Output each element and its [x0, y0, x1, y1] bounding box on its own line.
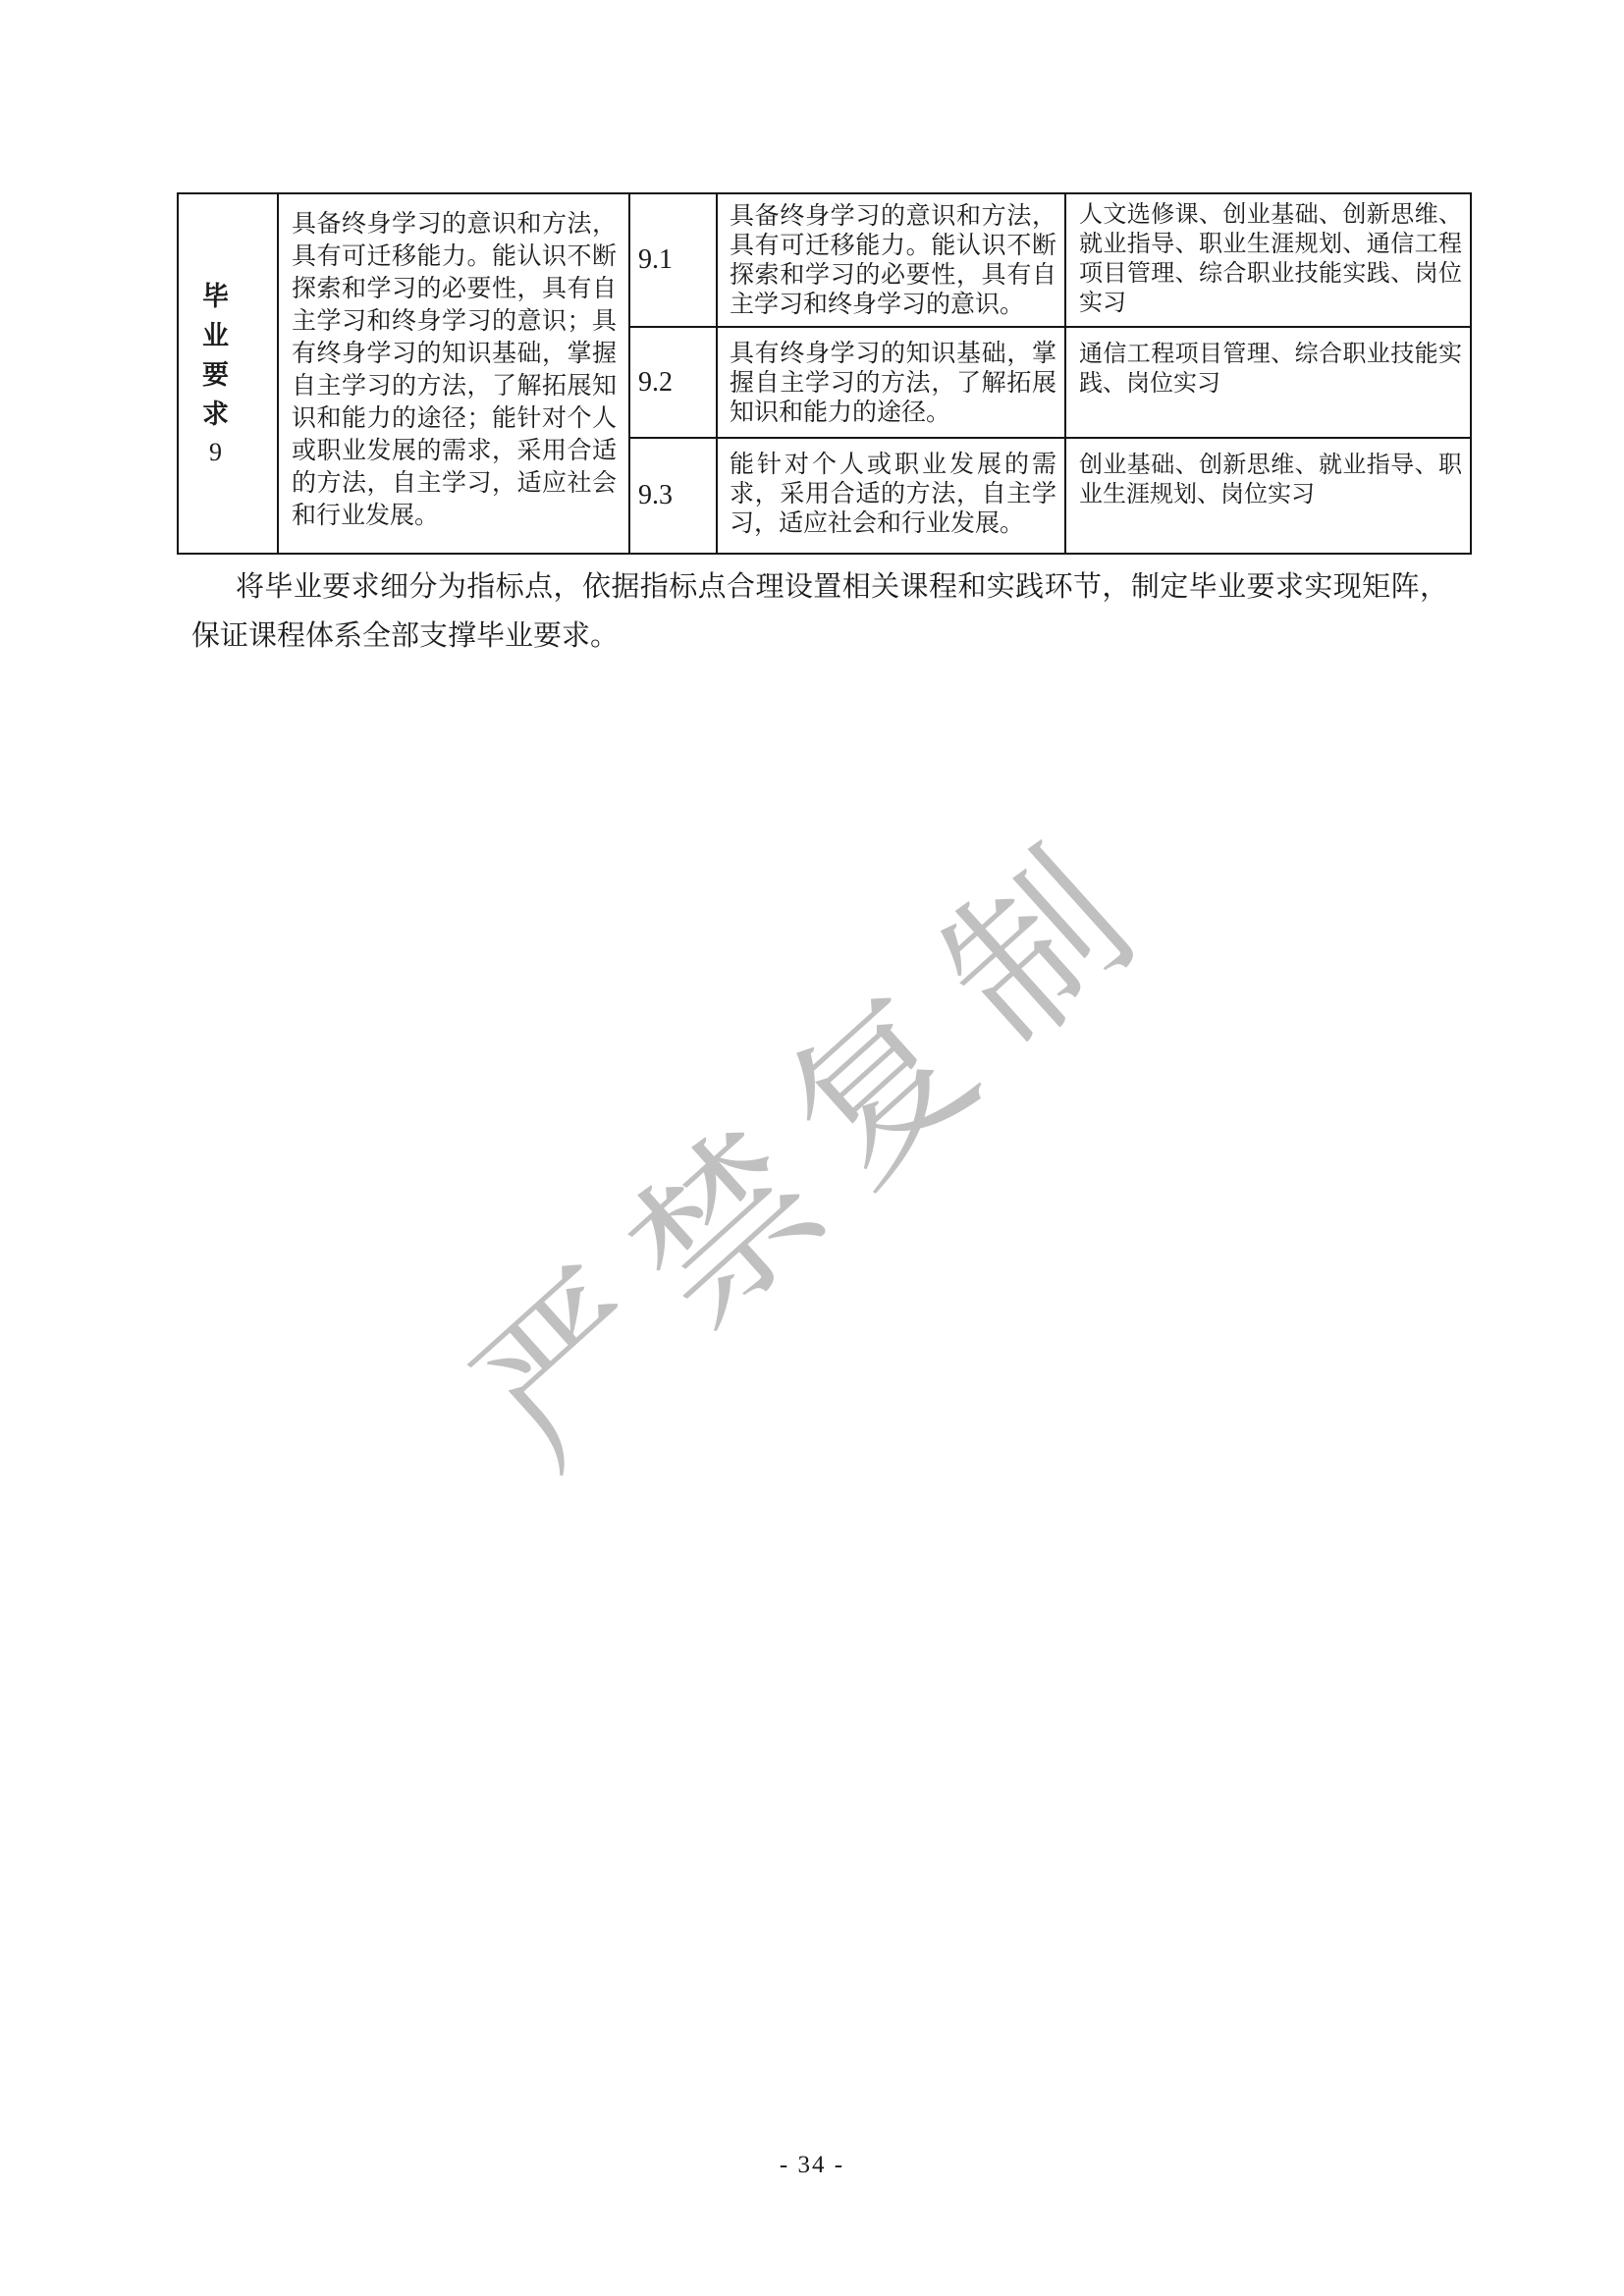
indicator-id-cell: 9.2 [629, 327, 717, 438]
watermark: 严禁复制 [415, 766, 1202, 1509]
table-row: 毕 业 要 求 9 具备终身学习的意识和方法，具有可迁移能力。能认识不断探索和学… [178, 193, 1471, 327]
courses-cell: 通信工程项目管理、综合职业技能实践、岗位实习 [1065, 327, 1471, 438]
row-header-char: 毕 [180, 277, 251, 316]
requirement-cell: 具备终身学习的意识和方法，具有可迁移能力。能认识不断探索和学习的必要性，具有自主… [278, 193, 629, 554]
row-header-char: 要 [180, 355, 251, 395]
indicator-text-cell: 具备终身学习的意识和方法，具有可迁移能力。能认识不断探索和学习的必要性，具有自主… [717, 193, 1065, 327]
indicator-text-cell: 具有终身学习的知识基础，掌握自主学习的方法，了解拓展知识和能力的途径。 [717, 327, 1065, 438]
graduation-requirement-table: 毕 业 要 求 9 具备终身学习的意识和方法，具有可迁移能力。能认识不断探索和学… [177, 192, 1472, 555]
courses-cell: 创业基础、创新思维、就业指导、职业生涯规划、岗位实习 [1065, 438, 1471, 554]
indicator-id-cell: 9.1 [629, 193, 717, 327]
indicator-id-cell: 9.3 [629, 438, 717, 554]
row-header-cell: 毕 业 要 求 9 [178, 193, 278, 554]
body-paragraph: 将毕业要求细分为指标点，依据指标点合理设置相关课程和实践环节，制定毕业要求实现矩… [191, 562, 1448, 661]
row-header-number: 9 [180, 434, 251, 471]
row-header-char: 业 [180, 316, 251, 355]
courses-cell: 人文选修课、创业基础、创新思维、就业指导、职业生涯规划、通信工程项目管理、综合职… [1065, 193, 1471, 327]
indicator-text-cell: 能针对个人或职业发展的需求，采用合适的方法，自主学习，适应社会和行业发展。 [717, 438, 1065, 554]
row-header-char: 求 [180, 395, 251, 434]
page-number: - 34 - [0, 2152, 1624, 2179]
